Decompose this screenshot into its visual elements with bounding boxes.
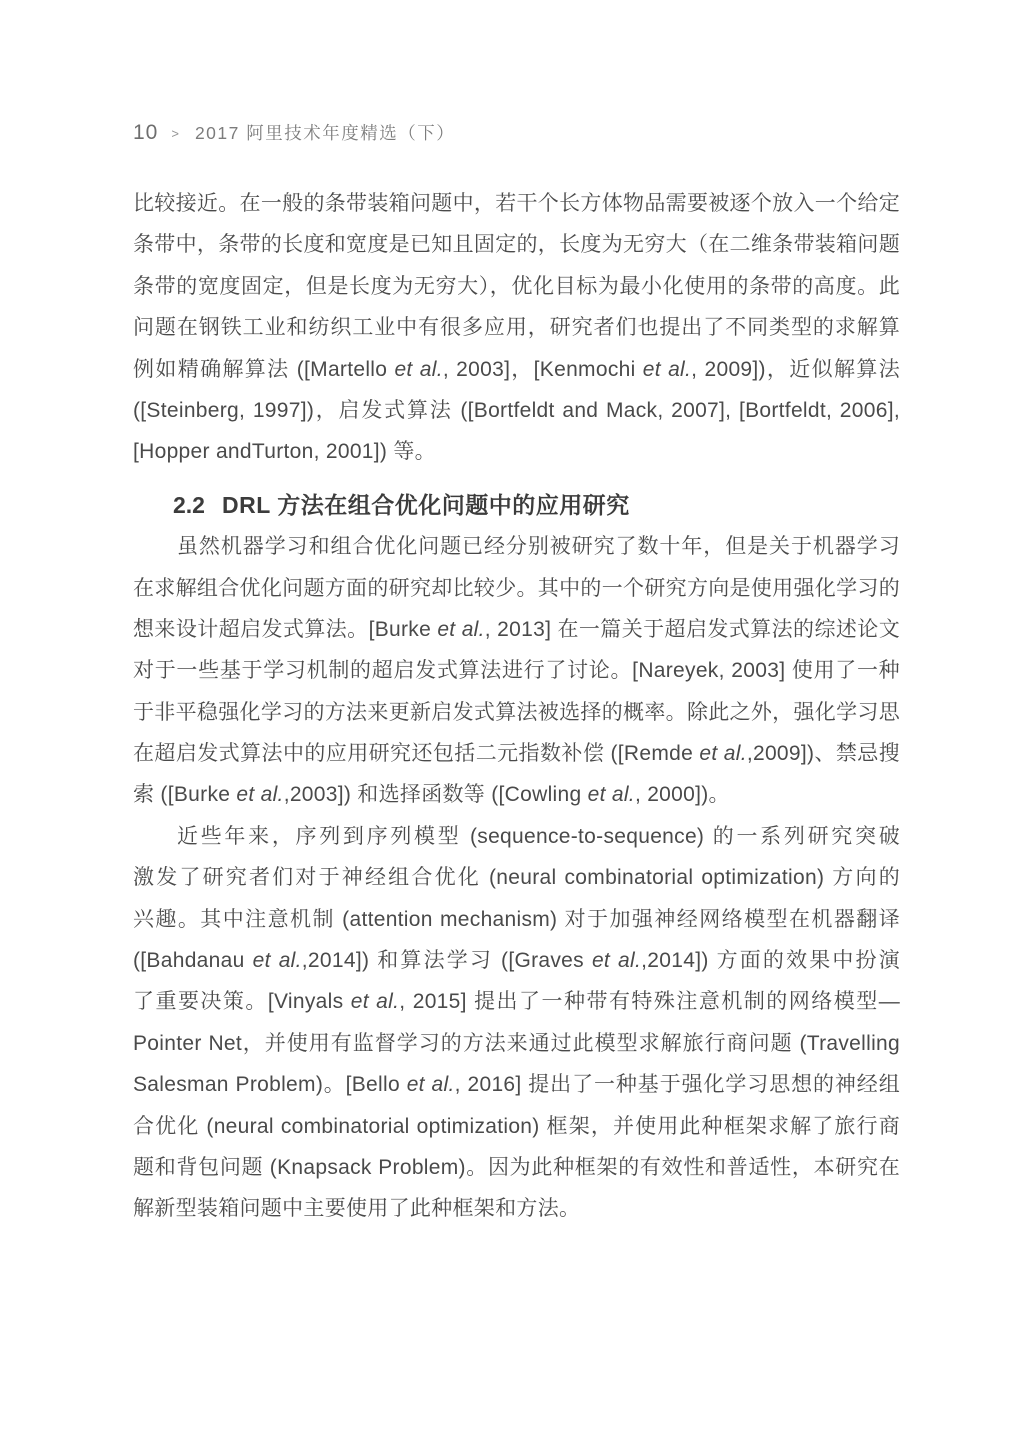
text-line: Pointer Net，并使用有监督学习的方法来通过此模型求解旅行商问题 (Tr…: [133, 1023, 900, 1064]
page-header: 10 > 2017 阿里技术年度精选（下）: [133, 120, 455, 145]
text-line: 问题在钢铁工业和纺织工业中有很多应用，研究者们也提出了不同类型的求解算法，: [133, 307, 900, 348]
text-line: [Hopper andTurton, 2001]) 等。: [133, 431, 900, 472]
text-line: 兴趣。其中注意机制 (attention mechanism) 对于加强神经网络…: [133, 899, 900, 940]
paragraph: 近些年来，序列到序列模型 (sequence-to-sequence) 的一系列…: [133, 816, 900, 1230]
section-title: DRL 方法在组合优化问题中的应用研究: [222, 492, 630, 518]
text-line: 在超启发式算法中的应用研究还包括二元指数补偿 ([Remde et al.,20…: [133, 733, 900, 774]
text-line: ([Steinberg, 1997])，启发式算法 ([Bortfeldt an…: [133, 390, 900, 431]
text-line: 在求解组合优化问题方面的研究却比较少。其中的一个研究方向是使用强化学习的思: [133, 568, 900, 609]
text-line: 想来设计超启发式算法。[Burke et al., 2013] 在一篇关于超启发…: [133, 609, 900, 650]
text-line: 了重要决策。[Vinyals et al., 2015] 提出了一种带有特殊注意…: [133, 981, 900, 1022]
paragraph: 比较接近。在一般的条带装箱问题中，若干个长方体物品需要被逐个放入一个给定的条带中…: [133, 183, 900, 473]
book-title: 2017 阿里技术年度精选（下）: [195, 120, 455, 145]
text-line: 条带的宽度固定，但是长度为无穷大），优化目标为最小化使用的条带的高度。此类: [133, 266, 900, 307]
text-line: 激发了研究者们对于神经组合优化 (neural combinatorial op…: [133, 857, 900, 898]
text-line: Salesman Problem)。[Bello et al., 2016] 提…: [133, 1064, 900, 1105]
text-line: 虽然机器学习和组合优化问题已经分别被研究了数十年，但是关于机器学习方法: [133, 526, 900, 567]
text-line: 例如精确解算法 ([Martello et al., 2003]，[Kenmoc…: [133, 349, 900, 390]
document-body: 比较接近。在一般的条带装箱问题中，若干个长方体物品需要被逐个放入一个给定的条带中…: [133, 183, 900, 1230]
text-line: 于非平稳强化学习的方法来更新启发式算法被选择的概率。除此之外，强化学习思想: [133, 692, 900, 733]
paragraph: 虽然机器学习和组合优化问题已经分别被研究了数十年，但是关于机器学习方法在求解组合…: [133, 526, 900, 816]
section-number: 2.2: [173, 492, 205, 518]
text-line: 索 ([Burke et al.,2003]) 和选择函数等 ([Cowling…: [133, 774, 900, 815]
text-line: 条带中，条带的长度和宽度是已知且固定的，长度为无穷大（在二维条带装箱问题中，: [133, 224, 900, 265]
page-number: 10: [133, 121, 158, 145]
text-line: 近些年来，序列到序列模型 (sequence-to-sequence) 的一系列…: [133, 816, 900, 857]
section-heading: 2.2DRL 方法在组合优化问题中的应用研究: [133, 485, 900, 526]
text-line: ([Bahdanau et al.,2014]) 和算法学习 ([Graves …: [133, 940, 900, 981]
text-line: 解新型装箱问题中主要使用了此种框架和方法。: [133, 1188, 900, 1229]
text-line: 对于一些基于学习机制的超启发式算法进行了讨论。[Nareyek, 2003] 使…: [133, 650, 900, 691]
text-line: 比较接近。在一般的条带装箱问题中，若干个长方体物品需要被逐个放入一个给定的: [133, 183, 900, 224]
text-line: 题和背包问题 (Knapsack Problem)。因为此种框架的有效性和普适性…: [133, 1147, 900, 1188]
text-line: 合优化 (neural combinatorial optimization) …: [133, 1106, 900, 1147]
chevron-separator-icon: >: [171, 126, 179, 141]
